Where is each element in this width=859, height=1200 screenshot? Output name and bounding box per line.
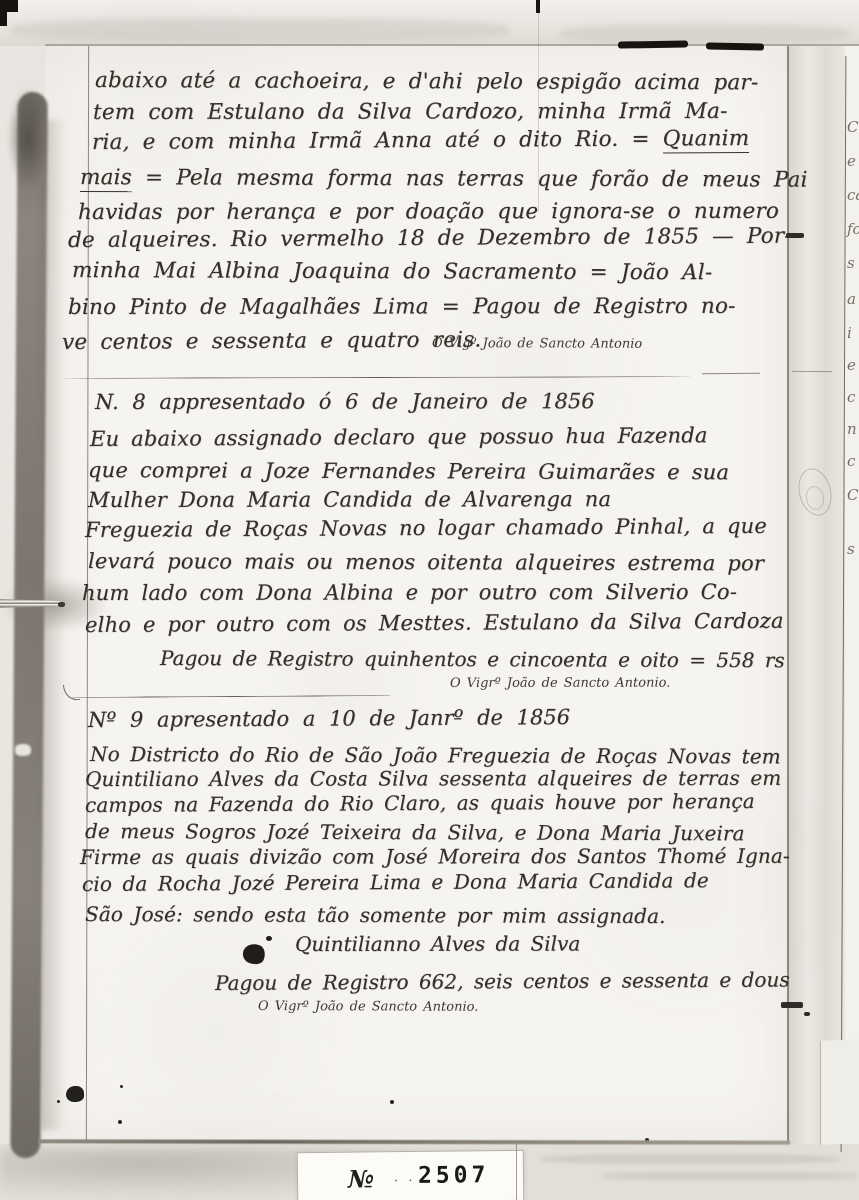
letter-fragment: C (847, 486, 858, 504)
binding-stitch (804, 1012, 810, 1016)
manuscript-scan: abaixo até a cachoeira, e d'ahi pelo esp… (0, 0, 859, 1200)
manuscript-line: Freguezia de Roças Novas no logar chamad… (85, 514, 767, 542)
letter-fragment: e (847, 152, 856, 170)
registry-number-stamp: № . . 2507 (297, 1150, 525, 1200)
manuscript-line: No Districto do Rio de São João Freguezi… (90, 742, 781, 768)
ink-dot (57, 1100, 60, 1103)
vicar-signature: O Vigrº João de Sancto Antonio. (450, 676, 670, 691)
top-edge-ink-smear (618, 40, 688, 48)
manuscript-line: ve centos e sessenta e quatro reis. (62, 327, 482, 355)
letter-fragment: c (847, 388, 855, 406)
ink-dot (118, 1120, 122, 1124)
manuscript-line: Quintiliano Alves da Costa Silva sessent… (85, 766, 781, 791)
vicar-signature: O Vigº João de Sancto Antonio (432, 336, 642, 352)
letter-fragment: a (847, 290, 856, 308)
letter-fragment: fo (847, 220, 859, 238)
top-edge-ink-smear (706, 42, 764, 50)
ink-bleedthrough (540, 1154, 840, 1164)
facing-page-corner (820, 1039, 859, 1144)
manuscript-line: mais = Pela mesma forma nas terras que f… (80, 165, 808, 193)
payment-note: Pagou de Registro 662, seis centos e ses… (215, 967, 790, 995)
manuscript-line: Firme as quais divizão com José Moreira … (80, 844, 790, 869)
entry-header: Nº 9 apresentado a 10 de Janrº de 1856 (88, 705, 570, 732)
manuscript-line: Eu abaixo assignado declaro que possuo h… (90, 423, 708, 451)
paper-crease (516, 1143, 517, 1200)
scan-streak (10, 18, 510, 42)
manuscript-line: campos na Fazenda do Rio Claro, as quais… (85, 789, 755, 817)
stamp-dots: . . (394, 1170, 416, 1185)
manuscript-line: cio da Rocha Jozé Pereira Lima e Dona Ma… (82, 868, 709, 896)
ink-bleedthrough (600, 1172, 859, 1180)
numero-symbol: № (348, 1164, 374, 1193)
line-text: = Pela mesma forma nas terras que forão … (145, 165, 808, 192)
manuscript-line: elho e por outro com os Mesttes. Estulan… (85, 609, 784, 637)
binding-needle-tip (58, 602, 65, 607)
manuscript-line: ria, e com minha Irmã Anna até o dito Ri… (92, 126, 749, 155)
manuscript-line: abaixo até a cachoeira, e d'ahi pelo esp… (95, 68, 758, 95)
stamp-number: 2507 (418, 1162, 490, 1189)
manuscript-line: levará pouco mais ou menos oitenta alque… (88, 549, 764, 575)
payment-note: Pagou de Registro quinhentos e cincoenta… (160, 646, 785, 672)
letter-fragment: s (847, 254, 855, 272)
manuscript-line: que comprei a Joze Fernandes Pereira Gui… (88, 458, 729, 484)
vicar-signature: O Vigrº João de Sancto Antonio. (258, 999, 478, 1015)
letter-fragment: c (847, 452, 855, 470)
manuscript-line: hum lado com Dona Albina e por outro com… (82, 580, 737, 605)
underlined-word: mais (80, 165, 132, 192)
top-ink-tick (536, 0, 540, 13)
ink-dot (120, 1085, 123, 1088)
manuscript-line: de meus Sogros Jozé Teixeira da Silva, e… (85, 819, 745, 845)
manuscript-line: tem com Estulano da Silva Cardozo, minha… (93, 99, 728, 125)
corner-ink-mark (0, 0, 7, 26)
ink-blot (66, 1086, 84, 1102)
binding-stitch (781, 1002, 803, 1008)
underlined-word: Quanim (663, 126, 750, 154)
binding-notch (15, 744, 31, 756)
line-text: ria, e com minha Irmã Anna até o dito Ri… (92, 127, 650, 155)
ink-blot (266, 936, 272, 941)
letter-fragment: C (847, 118, 858, 136)
entry-header: N. 8 appresentado ó 6 de Janeiro de 1856 (95, 389, 595, 414)
manuscript-line: havidas por herança e por doação que ign… (78, 199, 779, 225)
ink-dot (390, 1100, 394, 1104)
page-fold-edge (788, 46, 845, 1146)
letter-fragment: ca (847, 186, 859, 204)
manuscript-line: bino Pinto de Magalhães Lima = Pagou de … (68, 294, 736, 320)
manuscript-line: minha Mai Albina Joaquina do Sacramento … (72, 258, 712, 285)
manuscript-line: de alqueires. Rio vermelho 18 de Dezembr… (68, 224, 792, 253)
letter-fragment: n (847, 420, 857, 438)
manuscript-line: Mulher Dona Maria Candida de Alvarenga n… (88, 487, 611, 512)
letter-fragment: i (847, 324, 852, 342)
manuscript-line: São José: sendo esta tão somente por mim… (85, 902, 666, 928)
declarant-signature: Quintilianno Alves da Silva (295, 932, 580, 956)
letter-fragment: s (847, 540, 855, 558)
letter-fragment: e (847, 356, 856, 374)
scan-streak (560, 24, 850, 44)
